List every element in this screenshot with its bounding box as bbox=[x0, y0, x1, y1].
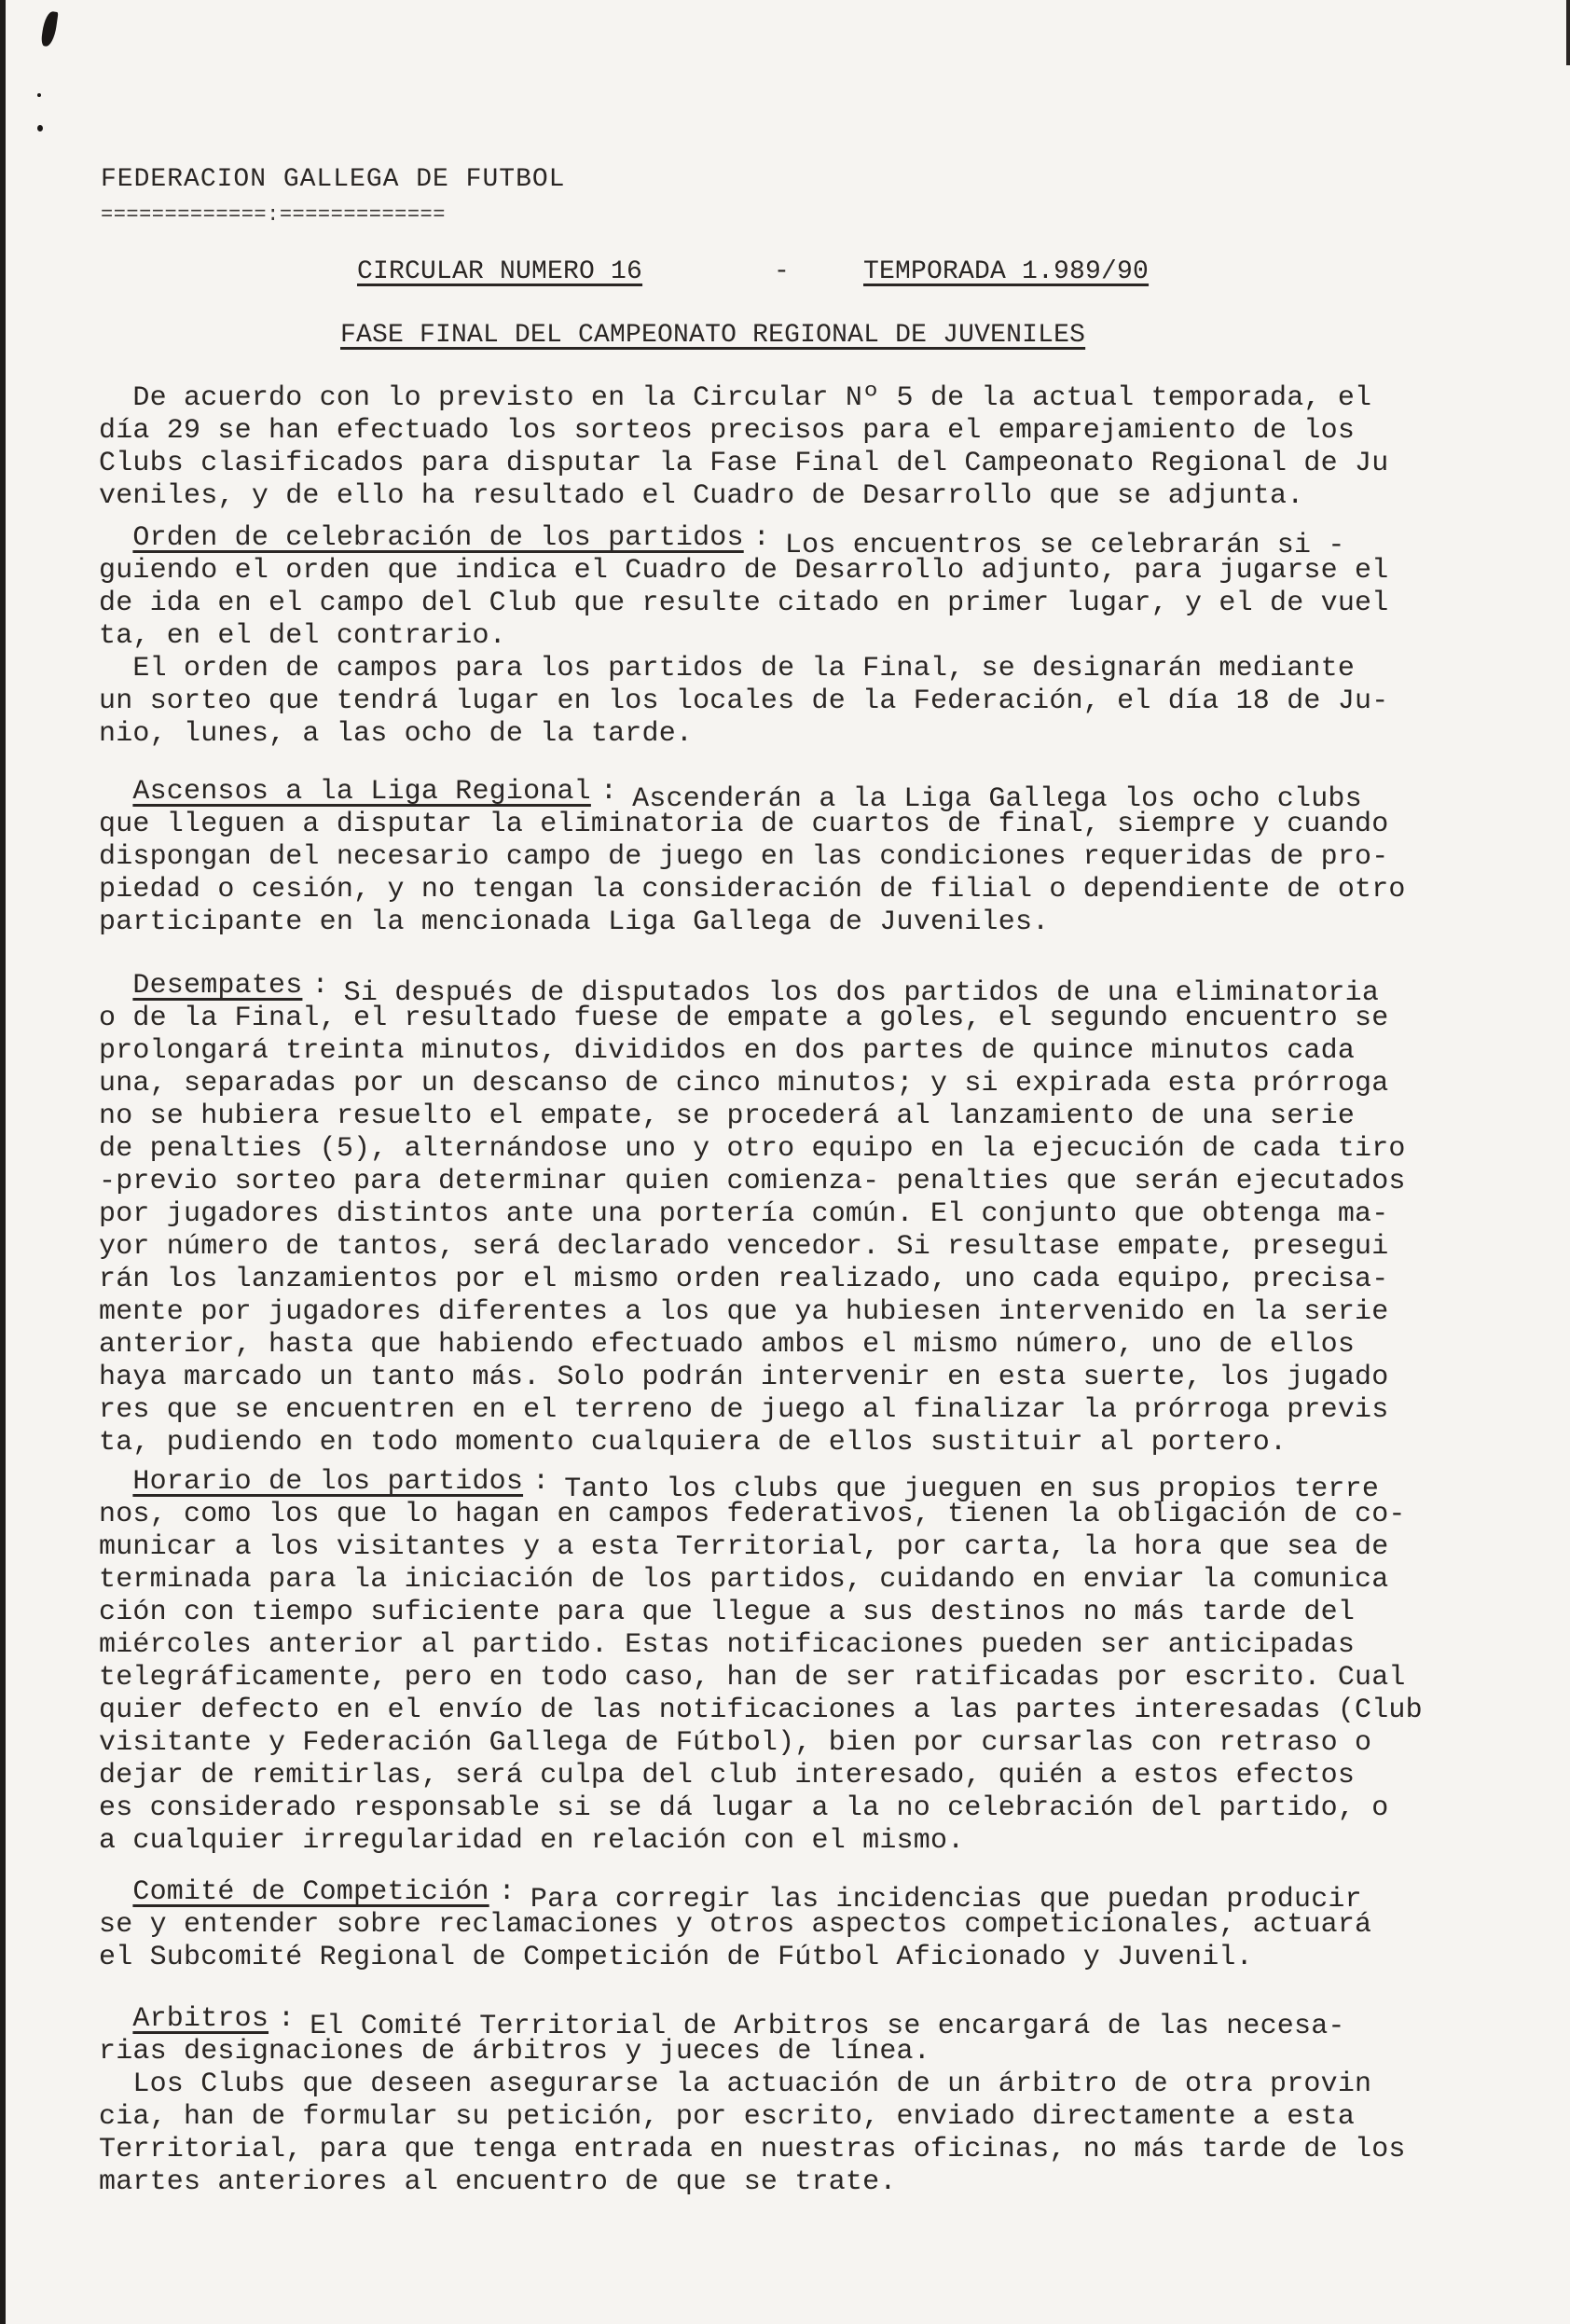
text-line: anterior, hasta que habiendo efectuado a… bbox=[99, 1329, 1535, 1362]
text-line: por jugadores distintos ante una porterí… bbox=[99, 1198, 1535, 1231]
text-line: o de la Final, el resultado fuese de emp… bbox=[99, 1003, 1535, 1035]
section-heading: Arbitros bbox=[132, 2003, 269, 2035]
organization-rule: =============:============= bbox=[101, 200, 446, 231]
page-edge-shadow-right bbox=[1566, 0, 1570, 65]
text-line: -previo sorteo para determinar quien com… bbox=[99, 1166, 1535, 1198]
text-line: nio, lunes, a las ocho de la tarde. bbox=[99, 718, 1535, 751]
document-title: FASE FINAL DEL CAMPEONATO REGIONAL DE JU… bbox=[340, 320, 1085, 352]
speck-mark bbox=[37, 93, 41, 97]
text-line: Los Clubs que deseen asegurarse la actua… bbox=[99, 2068, 1535, 2101]
text-line: de ida en el campo del Club que resulte … bbox=[99, 588, 1535, 620]
text-line: yor número de tantos, será declarado ven… bbox=[99, 1231, 1535, 1264]
section-orden-celebracion: Orden de celebración de los partidos:Los… bbox=[99, 522, 1535, 751]
text-line: ta, pudiendo en todo momento cualquiera … bbox=[99, 1427, 1535, 1459]
header-separator: - bbox=[774, 256, 790, 288]
text-line: participante en la mencionada Liga Galle… bbox=[99, 906, 1535, 939]
section-heading: Horario de los partidos bbox=[132, 1466, 523, 1498]
text-line: haya marcado un tanto más. Solo podrán i… bbox=[99, 1362, 1535, 1394]
section-heading: Comité de Competición bbox=[132, 1876, 489, 1908]
text-line: día 29 se han efectuado los sorteos prec… bbox=[99, 415, 1535, 448]
text-line: prolongará treinta minutos, divididos en… bbox=[99, 1035, 1535, 1068]
text-line: ción con tiempo suficiente para que lleg… bbox=[99, 1597, 1535, 1629]
text-line: guiendo el orden que indica el Cuadro de… bbox=[99, 555, 1535, 588]
section-arbitros: Arbitros:El Comité Territorial de Arbitr… bbox=[99, 2003, 1535, 2199]
text-line: El orden de campos para los partidos de … bbox=[99, 653, 1535, 685]
section-ascensos: Ascensos a la Liga Regional:Ascenderán a… bbox=[99, 776, 1535, 939]
text-line: quier defecto en el envío de las notific… bbox=[99, 1695, 1535, 1727]
text-line: una, separadas por un descanso de cinco … bbox=[99, 1068, 1535, 1100]
text-line: a cualquier irregularidad en relación co… bbox=[99, 1825, 1535, 1858]
text-line: se y entender sobre reclamaciones y otro… bbox=[99, 1909, 1535, 1942]
text-line: mente por jugadores diferentes a los que… bbox=[99, 1296, 1535, 1329]
text-line: no se hubiera resuelto el empate, se pro… bbox=[99, 1100, 1535, 1133]
text-line: rán los lanzamientos por el mismo orden … bbox=[99, 1264, 1535, 1296]
text-line: de penalties (5), alternándose uno y otr… bbox=[99, 1133, 1535, 1166]
text-line: nos, como los que lo hagan en campos fed… bbox=[99, 1499, 1535, 1531]
text-line: que lleguen a disputar la eliminatoria d… bbox=[99, 809, 1535, 841]
text-line: dispongan del necesario campo de juego e… bbox=[99, 841, 1535, 874]
text-line: martes anteriores al encuentro de que se… bbox=[99, 2166, 1535, 2199]
text-line: es considerado responsable si se dá luga… bbox=[99, 1792, 1535, 1825]
intro-paragraph: De acuerdo con lo previsto en la Circula… bbox=[99, 382, 1535, 513]
scanned-page: FEDERACION GALLEGA DE FUTBOL ===========… bbox=[0, 0, 1570, 2324]
paper-tear-mark bbox=[40, 10, 58, 48]
section-comite-competicion: Comité de Competición:Para corregir las … bbox=[99, 1876, 1535, 1974]
text-line: dejar de remitirlas, será culpa del club… bbox=[99, 1760, 1535, 1792]
text-line: De acuerdo con lo previsto en la Circula… bbox=[99, 382, 1535, 415]
text-line: municar a los visitantes y a esta Territ… bbox=[99, 1531, 1535, 1564]
text-line: Territorial, para que tenga entrada en n… bbox=[99, 2134, 1535, 2166]
text-line: terminada para la iniciación de los part… bbox=[99, 1564, 1535, 1597]
circular-number: CIRCULAR NUMERO 16 bbox=[357, 256, 642, 288]
text-line: res que se encuentren en el terreno de j… bbox=[99, 1394, 1535, 1427]
section-heading: Orden de celebración de los partidos bbox=[132, 522, 743, 554]
section-heading: Desempates bbox=[132, 970, 302, 1002]
text-line: veniles, y de ello ha resultado el Cuadr… bbox=[99, 480, 1535, 513]
text-line: visitante y Federación Gallega de Fútbol… bbox=[99, 1727, 1535, 1760]
season-label: TEMPORADA 1.989/90 bbox=[863, 256, 1149, 288]
text-line: Clubs clasificados para disputar la Fase… bbox=[99, 448, 1535, 480]
section-heading: Ascensos a la Liga Regional bbox=[132, 776, 590, 808]
text-line: cia, han de formular su petición, por es… bbox=[99, 2101, 1535, 2134]
text-line: ta, en el del contrario. bbox=[99, 620, 1535, 653]
text-line: el Subcomité Regional de Competición de … bbox=[99, 1942, 1535, 1974]
organization-name: FEDERACION GALLEGA DE FUTBOL bbox=[101, 164, 565, 196]
page-edge-shadow bbox=[0, 0, 6, 2324]
text-line: miércoles anterior al partido. Estas not… bbox=[99, 1629, 1535, 1662]
speck-mark bbox=[37, 125, 43, 131]
section-horario: Horario de los partidos:Tanto los clubs … bbox=[99, 1466, 1535, 1858]
section-desempates: Desempates:Si después de disputados los … bbox=[99, 970, 1535, 1459]
text-line: piedad o cesión, y no tengan la consider… bbox=[99, 874, 1535, 906]
text-line: un sorteo que tendrá lugar en los locale… bbox=[99, 685, 1535, 718]
text-line: rias designaciones de árbitros y jueces … bbox=[99, 2036, 1535, 2068]
text-line: telegráficamente, pero en todo caso, han… bbox=[99, 1662, 1535, 1695]
